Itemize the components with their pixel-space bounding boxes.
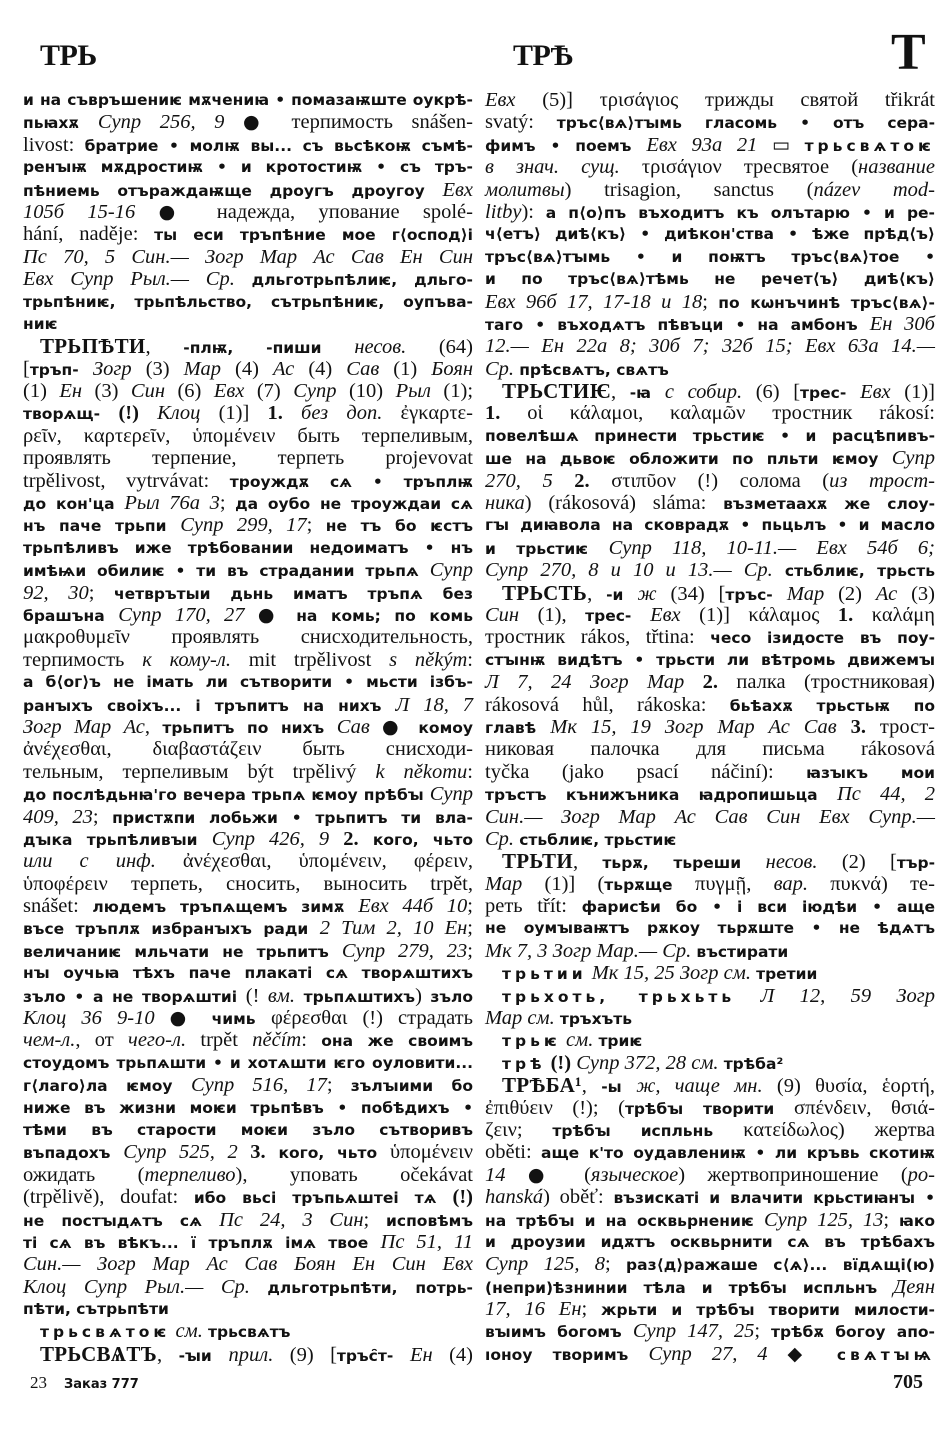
old-church-slavonic-text: исповѣмъ: [386, 1212, 473, 1230]
line-content: litby): а п⟨о⟩пъ въходитъ къ олътарю • и…: [485, 205, 935, 222]
old-church-slavonic-text: -и: [606, 586, 637, 604]
italic-reference: Мк 15, 25 Зогр см.: [587, 962, 757, 984]
italic-reference: Сав: [337, 716, 382, 738]
line-content: (непри)ѣзнинии тѣла и трѣбꙑ испльнъ Деян: [485, 1280, 935, 1297]
gloss-text: (1)] (: [522, 873, 604, 895]
bullet-circle-icon: ●: [528, 1164, 562, 1186]
line-content: главѣ Мк 15, 19 Зогр Мар Ас Сав 3. трост…: [485, 720, 935, 737]
dictionary-line: пѣниемь отъраждаѭще дроугъ дроугоу Евх: [23, 179, 473, 201]
dictionary-line: реть třít: фарисѣи бо • і вси іюдѣи • ащ…: [485, 895, 935, 917]
dictionary-line: ті сѧ въ вѣкъ... ї тръплѫ імѧ твое Пс 51…: [23, 1231, 473, 1253]
old-church-slavonic-text: ренꙑѭ мѫдростиѭ • и кротостиѭ • съ тръ-: [23, 158, 473, 176]
gloss-text: ), уповать očekávat: [236, 1164, 473, 1186]
gloss-text: ;: [467, 895, 473, 917]
dictionary-line: 105б 15-16 ● надежда, упование spolé-: [23, 201, 473, 223]
gloss-text: trpět: [186, 1029, 252, 1051]
line-content: Клоц Супр Рыл.— Ср. дльготрьпѣти, потрь-: [23, 1280, 473, 1297]
line-content: терпимость к кому-л. mit trpělivost s ně…: [23, 653, 473, 670]
italic-reference: hanská: [485, 1186, 543, 1208]
italic-reference: něčím: [252, 1029, 301, 1051]
line-content: ρεῖν, καρτερεῖν, ὑπομένειν быть терпелив…: [23, 429, 473, 446]
dictionary-line: пѣти, сътрьпѣти: [23, 1298, 473, 1320]
sense-number: 1.: [268, 402, 302, 424]
dictionary-line: Мар см. тръхъть: [485, 1007, 935, 1029]
dictionary-line: трьсвѧтоѥ см. трьсвѧтъ: [23, 1320, 473, 1342]
line-content: 1. οἱ κάλαμοι, καλαμῶν тростник rákosí:: [485, 406, 935, 423]
gloss-text: (1)]: [891, 381, 935, 403]
line-content: (trpělivě), doufat: ибо вьсі тръпьѧштеі …: [23, 1190, 473, 1207]
gloss-text: κατείδωλος) жертва: [743, 1119, 935, 1141]
spaced-variant-form: трьтии: [502, 965, 587, 983]
line-content: нꙑ оучьꙗ тѣхъ паче плакаті сѧ творѧштихъ: [23, 965, 473, 982]
dictionary-line: ТРЬСТИѤ, -ꙗ с собир. (6) [трес- Евх (1)]: [485, 380, 935, 402]
line-content: Л 7, 24 Зогр Мар 2. палка (тростниковая): [485, 675, 935, 692]
italic-reference: Супр: [293, 380, 336, 402]
dictionary-line: ТРЬПѢТИ, -плѭ, -пиши несов. (64): [23, 335, 473, 357]
line-content: тръстъ кънижъника ꙗдропишьца Пс 44, 2: [485, 787, 935, 804]
italic-reference: вм.: [268, 985, 295, 1007]
italic-reference: Евх 93а 21: [646, 134, 772, 156]
line-content: ıоноу творимъ Супр 27, 4 ◆ свѧтꙑѩ: [485, 1347, 935, 1364]
gloss-text: snášet:: [23, 895, 92, 917]
line-content: или с инф. ἀνέχεσθαι, ὑπομένειν, φέρειν,: [23, 854, 473, 871]
old-church-slavonic-text: до послѣдьнꙗ'го вечера трьпѧ ѥмоу прѣбꙑ: [23, 786, 430, 804]
gloss-text: терпимость: [23, 649, 142, 671]
dictionary-line: тѣми въ старости моѥи зъло сътворивъ: [23, 1119, 473, 1141]
dictionary-line: стоудомъ трьпѧшти • и хотѧшти ѥго оулови…: [23, 1052, 473, 1074]
gloss-text: μακροθυμεῖν проявлять снисходительность,: [23, 626, 473, 648]
dictionary-line: hanská) oběť: възискаті и влачити крьсти…: [485, 1186, 935, 1208]
gloss-text: (9) [: [273, 1344, 337, 1366]
old-church-slavonic-text: тръс⟨вѧ⟩тꙑмь гласомь • отъ сера-: [557, 114, 935, 132]
old-church-slavonic-text: -ы: [601, 1078, 636, 1096]
line-content: ТРѢБА¹, -ы ж, чаще мн. (9) θυσία, ἑορτή,: [502, 1079, 935, 1096]
italic-reference: молитвы: [485, 179, 565, 201]
line-content: 14 ● (языческое) жертвоприношение (po-: [485, 1168, 935, 1185]
line-content: ТРЬПѢТИ, -плѭ, -пиши несов. (64): [40, 340, 473, 357]
spaced-variant-form: трьхоть, трьхьть: [502, 988, 735, 1006]
italic-reference: Супр 118, 10-11.— Евх 54б 6;: [609, 537, 935, 559]
italic-reference: Супр 426, 9: [212, 828, 343, 850]
italic-reference: языческое: [591, 1164, 678, 1186]
dictionary-line: брашъна Супр 170, 27 ● на комь; по комь: [23, 604, 473, 626]
italic-reference: см.: [561, 1029, 599, 1051]
dictionary-line: тръс⟨вѧ⟩тꙑмь • и поѭтъ тръс⟨вѧ⟩тое •: [485, 246, 935, 268]
gloss-text: [: [23, 358, 30, 380]
old-church-slavonic-text: братрие • молѭ вы... съ вьсѣкоѭ съмѣ-: [85, 137, 473, 155]
italic-reference: Супр 299, 17: [180, 514, 306, 536]
italic-reference: Супр 147, 25: [633, 1320, 755, 1342]
headword: ТРЬТИ: [502, 849, 573, 873]
line-content: 12.— Ен 22а 8; 30б 7; 32б 15; Евх 63а 14…: [485, 339, 935, 356]
old-church-slavonic-text: повелѣшѧ принести трьстиѥ • и расцѣпивъ-: [485, 427, 935, 445]
old-church-slavonic-text: третии: [756, 965, 817, 983]
line-content: 409, 23; пристѫпи лобьжи • трьпитъ ти вл…: [23, 810, 473, 827]
old-church-slavonic-text: фарисѣи бо • і вси іюдѣи • аще: [582, 898, 935, 916]
line-content: трьѥ см. триѥ: [502, 1033, 642, 1050]
gloss-text: никовая палочка для письма rákosová: [485, 738, 935, 760]
line-content: ТРЬСВѦТЪ, -ꙑи прил. (9) [тръс̑т- Ен (4): [40, 1348, 473, 1365]
gloss-text: (9) θυσία, ἑορτή,: [763, 1075, 935, 1097]
italic-reference: Супр 125, 8: [485, 1253, 605, 1275]
dictionary-line: ника) (rákosová) sláma: възметаахѫ же сл…: [485, 492, 935, 514]
old-church-slavonic-text: въсе тръплѫ избранꙑхъ ради: [23, 920, 320, 938]
sense-number: 1.: [838, 604, 853, 626]
italic-reference: litby: [485, 201, 521, 223]
old-church-slavonic-text: ниѥ: [23, 315, 58, 333]
old-church-slavonic-text: а б⟨ог⟩ъ не імать ли сътворити • мьсти і…: [23, 673, 473, 691]
line-content: Евх (5)] τρισάγιος трижды святой třikrát: [485, 93, 935, 110]
gloss-text: οἱ κάλαμοι, καλαμῶν тростник rákosí:: [500, 402, 935, 424]
gloss-text: (1);: [431, 380, 473, 402]
italic-reference: Евх Супр Рыл.— Ср.: [23, 268, 252, 290]
italic-reference: в знач. сущ.: [485, 156, 642, 178]
old-church-slavonic-text: ниже въ жизни моѥи трьпѣвъ • побѣдихъ •: [23, 1099, 473, 1117]
running-head-left: ТРЬ: [40, 41, 97, 71]
gloss-text: проявлять терпение, терпеть projevovat: [23, 447, 473, 469]
gloss-text: :: [301, 1029, 321, 1051]
line-content: до послѣдьнꙗ'го вечера трьпѧ ѥмоу прѣбꙑ …: [23, 787, 473, 804]
line-content: 92, 30; четврътыи дьнь иматъ тръпѧ без: [23, 586, 473, 603]
gloss-text: (64): [406, 336, 473, 358]
italic-reference: Син.— Зогр Мар Ас Сав Боян Ен Син Евх: [23, 1253, 473, 1275]
dictionary-line: зъло • а не творѧштиі (! вм. трьпѧштихъ)…: [23, 985, 473, 1007]
italic-reference: Евх 96б 17, 17-18 и 18: [485, 291, 702, 313]
headword: ТРЬСТИѤ: [502, 379, 611, 403]
old-church-slavonic-text: въстирати: [696, 943, 788, 961]
italic-reference: 409, 23: [23, 806, 93, 828]
italic-reference: Супр 372, 28 см.: [571, 1052, 724, 1074]
italic-reference: Мк 7, 3 Зогр Мар.— Ср.: [485, 940, 696, 962]
line-content: гꙑ диꙗвола на сковрадѫ • пьцьлъ • и масл…: [485, 517, 935, 534]
line-content: молитвы) trisagion, sanctus (název mod-: [485, 183, 935, 200]
gloss-text: ἀνέχεσθαι, ὑπομένειν, φέρειν,: [183, 850, 473, 872]
dictionary-line: ч⟨етъ⟩ диѣ⟨къ⟩ • диѣкон'ства • ѣже прѣд⟨…: [485, 223, 935, 245]
gloss-text: hání, naděje:: [23, 223, 154, 245]
dictionary-line: никовая палочка для письма rákosová: [485, 738, 935, 760]
line-content: ранꙑхъ своіхъ... і тръпитъ на нихъ Л 18,…: [23, 698, 473, 715]
italic-reference: Ас: [273, 358, 294, 380]
dictionary-line: Син (1), трес- Евх (1)] κάλαμος 1. καλάμ…: [485, 604, 935, 626]
line-content: Мар (1)] (тьрѫще πυγμῇ, вар. πυκνά) те-: [485, 877, 935, 894]
line-content: ниже въ жизни моѥи трьпѣвъ • побѣдихъ •: [23, 1100, 473, 1117]
italic-reference: к кому-л.: [142, 649, 231, 671]
line-content: трьхоть, трьхьть Л 12, 59 Зогр: [502, 989, 935, 1006]
line-content: пѣти, сътрьпѣти: [23, 1301, 169, 1318]
line-content: Ср. прѣсвѧтъ, свѧтъ: [485, 362, 669, 379]
dictionary-line: до послѣдьнꙗ'го вечера трьпѧ ѥмоу прѣбꙑ …: [23, 783, 473, 805]
dictionary-line: ше на дьвоѥ обложити по пльти ѥмоу Супр: [485, 447, 935, 469]
dictionary-line: ıоноу творимъ Супр 27, 4 ◆ свѧтꙑѩ: [485, 1343, 935, 1365]
gloss-text: ,: [146, 336, 184, 358]
line-content: величаниѥ мльчати не трьпитъ Супр 279, 2…: [23, 944, 473, 961]
old-church-slavonic-text: на трѣбꙑ и на осквьрнениѥ: [485, 1212, 764, 1230]
old-church-slavonic-text: главѣ: [485, 719, 550, 737]
line-content: и трьстиѥ Супр 118, 10-11.— Евх 54б 6;: [485, 541, 935, 558]
gloss-text: καλάμη: [853, 604, 935, 626]
gloss-text: (2) [: [818, 851, 897, 873]
line-content: фимъ • поемъ Евх 93а 21 ▭ трьсвѧтоѥ: [485, 138, 935, 155]
dictionary-line: или с инф. ἀνέχεσθαι, ὑπομένειν, φέρειν,: [23, 850, 473, 872]
italic-reference: Мар: [184, 358, 221, 380]
gloss-text: mit trpělivost: [231, 649, 389, 671]
open-rectangle-icon: ▭: [772, 134, 790, 156]
gloss-text: ) trisagion, sanctus (: [565, 179, 814, 201]
gloss-text: ;: [327, 1074, 351, 1096]
italic-reference: без доп.: [301, 402, 400, 424]
dictionary-line: ρεῖν, καρτερεῖν, ὑπομένειν быть терпелив…: [23, 425, 473, 447]
column-right: Евх (5)] τρισάγιος трижды святой třikrát…: [485, 89, 935, 1365]
gloss-text: ζειν;: [485, 1119, 552, 1141]
italic-reference: Боян: [431, 358, 473, 380]
italic-reference: 17, 16 Ен: [485, 1298, 582, 1320]
italic-reference: Супр 516, 17: [191, 1074, 327, 1096]
old-church-slavonic-text: стьблиѥ, трьстиѥ: [519, 831, 676, 849]
line-content: тростник rákos, třtina: чесо ізидосте въ…: [485, 630, 935, 647]
gloss-text: ) (rákosová) sláma:: [525, 492, 723, 514]
old-church-slavonic-text: трес-: [585, 607, 650, 625]
italic-reference: Сав: [346, 358, 379, 380]
gloss-text: ,: [582, 1075, 601, 1097]
sense-number: (!): [545, 1052, 571, 1074]
old-church-slavonic-text: зъло: [430, 988, 473, 1006]
italic-reference: Ср.: [485, 358, 519, 380]
old-church-slavonic-text: и трьстиѥ: [485, 540, 609, 558]
dictionary-line: на трѣбꙑ и на осквьрнениѥ Супр 125, 13; …: [485, 1209, 935, 1231]
old-church-slavonic-text: раз⟨д⟩ражаше с⟨ѧ⟩... вїдѧщі(ю): [626, 1256, 935, 1274]
old-church-slavonic-text: -ꙑи: [179, 1347, 229, 1365]
dictionary-line: и дроузии идѫтъ осквьрнити сѧ въ трѣбахъ: [485, 1231, 935, 1253]
line-content: Супр 125, 8; раз⟨д⟩ражаше с⟨ѧ⟩... вїдѧщі…: [485, 1257, 935, 1274]
line-content: до кон'ца Рыл 76а 3; да оубо не троуждаи…: [23, 496, 473, 513]
dictionary-line: livost: братрие • молѭ вы... съ вьсѣкоѭ …: [23, 134, 473, 156]
old-church-slavonic-text: кого, чьто: [266, 1144, 390, 1162]
gloss-text: (1)] κάλαμος: [681, 604, 838, 626]
line-content: ренꙑѭ мѫдростиѭ • и кротостиѭ • съ тръ-: [23, 159, 473, 176]
headword: ТРЬПѢТИ: [40, 334, 146, 358]
old-church-slavonic-text: людемъ тръпѧщемъ зимѫ: [92, 898, 358, 916]
dictionary-line: не оумꙑваѭтъ рѫкоу тьрѫште • не ѣдѧтъ: [485, 917, 935, 939]
gloss-text: :: [467, 649, 473, 671]
gloss-text: надежда, упование spolé-: [193, 201, 473, 223]
gloss-text: στιπῦον (!) солома (: [590, 470, 830, 492]
line-content: а б⟨ог⟩ъ не імать ли сътворити • мьсти і…: [23, 674, 473, 691]
signature-mark: 23: [30, 1374, 47, 1391]
headword: ТРЬСВѦТЪ: [40, 1342, 157, 1366]
old-church-slavonic-text: не тъ бо ѥстъ: [326, 517, 473, 535]
spaced-variant-form: трьѥ: [502, 1032, 561, 1050]
dictionary-line: главѣ Мк 15, 19 Зогр Мар Ас Сав 3. трост…: [485, 716, 935, 738]
italic-reference: Евх 44б 10: [358, 895, 467, 917]
italic-reference: Евх: [650, 604, 681, 626]
dictionary-line: litby): а п⟨о⟩пъ въходитъ къ олътарю • и…: [485, 201, 935, 223]
gloss-text: rákosová hůl, rákoska:: [485, 694, 730, 716]
gloss-text: ) жертвоприношение (: [678, 1164, 907, 1186]
bullet-circle-icon: ●: [258, 604, 283, 626]
gloss-text: oběti:: [485, 1141, 541, 1163]
old-church-slavonic-text: вꙑимъ богомъ: [485, 1323, 633, 1341]
dictionary-line: чем-л., от чего-л. trpět něčím: она же с…: [23, 1029, 473, 1051]
italic-reference: Евх: [485, 89, 516, 111]
gloss-text: ;: [467, 917, 473, 939]
old-church-slavonic-text: четврътыи дьнь иматъ тръпѧ без: [114, 585, 473, 603]
italic-reference: s někým: [389, 649, 467, 671]
old-church-slavonic-text: таго • въходѧтъ пѣвъци • на амбонъ: [485, 316, 870, 334]
gloss-text: ;: [307, 514, 326, 536]
line-content: livost: братрие • молѭ вы... съ вьсѣкоѭ …: [23, 138, 473, 155]
gloss-text: tyčka (jako psací náčiní):: [485, 761, 806, 783]
gloss-text: (4): [221, 358, 273, 380]
dictionary-line: (trpělivě), doufat: ибо вьсі тръпьѧштеі …: [23, 1186, 473, 1208]
old-church-slavonic-text: трьпѣниѥ, трьпѣльство, сътрьпѣниѥ, оупъв…: [23, 293, 473, 311]
italic-reference: Клоц Супр Рыл.— Ср.: [23, 1276, 267, 1298]
dictionary-line: таго • въходѧтъ пѣвъци • на амбонъ Ен 30…: [485, 313, 935, 335]
old-church-slavonic-text: дльготрьпѣти, потрь-: [267, 1279, 473, 1297]
column-left: и на съвръшениѥ мѫчениꙗ • помазаѭште оук…: [23, 89, 473, 1365]
line-content: имѣѩи обилиѥ • ти въ страдании трьпѧ Суп…: [23, 563, 473, 580]
dictionary-line: а б⟨ог⟩ъ не імать ли сътворити • мьсти і…: [23, 671, 473, 693]
bullet-circle-icon: ●: [382, 716, 406, 738]
line-content: г⟨лаго⟩ла ѥмоу Супр 516, 17; зълꙑими бо: [23, 1078, 473, 1095]
italic-reference: Мар: [485, 873, 522, 895]
gloss-text: (7): [244, 380, 293, 402]
gloss-text: ἀνέχεσθαι, διαβαστάζειν быть снисходи-: [23, 738, 473, 760]
old-church-slavonic-text: трес-: [800, 384, 860, 402]
italic-reference: Мк 15, 19 Зогр Мар Ас Сав: [550, 716, 850, 738]
dictionary-line: тростник rákos, třtina: чесо ізидосте въ…: [485, 626, 935, 648]
gloss-text: πυκνά) те-: [808, 873, 935, 895]
italic-reference: k někomu: [375, 761, 467, 783]
dictionary-line: трьпѣливъ иже трѣбовании недоиматъ • нъ: [23, 537, 473, 559]
line-content: ниѥ: [23, 316, 58, 333]
gloss-text: ὑπομένειν: [390, 1141, 473, 1163]
gloss-text: ,: [157, 1344, 179, 1366]
italic-reference: Ен: [59, 380, 82, 402]
dictionary-line: и по тръс⟨вѧ⟩тѣмь не речет⟨ъ⟩ диѣ⟨къ⟩: [485, 268, 935, 290]
italic-reference: Син.— Зогр Мар Ас Сав Син Евх Супр.—: [485, 806, 935, 828]
old-church-slavonic-text: въпадохъ: [23, 1144, 123, 1162]
italic-reference: Л 18, 7: [396, 694, 473, 716]
dictionary-page: ТРЬ ТРѢ Т и на съвръшениѥ мѫчениꙗ • пома…: [0, 0, 950, 1435]
old-church-slavonic-text: она же своимъ: [321, 1032, 473, 1050]
gloss-text: ἐπιθύειν (!); (: [485, 1097, 625, 1119]
dictionary-line: ниже въ жизни моѥи трьпѣвъ • побѣдихъ •: [23, 1097, 473, 1119]
line-content: ἀνέχεσθαι, διαβαστάζειν быть снисходи-: [23, 742, 473, 759]
old-church-slavonic-text: трѣбꙑ испльнь: [552, 1122, 743, 1140]
dictionary-line: (непри)ѣзнинии тѣла и трѣбꙑ испльнъ Деян: [485, 1276, 935, 1298]
old-church-slavonic-text: ꙗзꙑкъ мои: [806, 764, 935, 782]
dictionary-line: Син.— Зогр Мар Ас Сав Боян Ен Син Евх: [23, 1253, 473, 1275]
dictionary-line: вꙑимъ богомъ Супр 147, 25; трѣбѫ богоу а…: [485, 1320, 935, 1342]
line-content: и по тръс⟨вѧ⟩тѣмь не речет⟨ъ⟩ диѣ⟨къ⟩: [485, 271, 935, 288]
running-head-right: ТРѢ: [513, 41, 573, 71]
italic-reference: Рыл 76а 3: [124, 492, 219, 514]
headword: ТРЬСТЬ: [502, 581, 587, 605]
line-content: rákosová hůl, rákoska: бьѣахѫ трьстьѭ по: [485, 698, 935, 715]
old-church-slavonic-text: жрьти и трѣбꙑ творити милости-: [601, 1301, 935, 1319]
dictionary-line: тръстъ кънижъника ꙗдропишьца Пс 44, 2: [485, 783, 935, 805]
line-content: ТРЬСТИѤ, -ꙗ с собир. (6) [трес- Евх (1)]: [502, 385, 935, 402]
dictionary-line: Клоц Супр Рыл.— Ср. дльготрьпѣти, потрь-: [23, 1276, 473, 1298]
dictionary-line: и на съвръшениѥ мѫчениꙗ • помазаѭште оук…: [23, 89, 473, 111]
old-church-slavonic-text: и на съвръшениѥ мѫчениꙗ • помазаѭште оук…: [23, 91, 473, 109]
italic-reference: вар.: [774, 873, 808, 895]
old-church-slavonic-text: трѣбѫ богоу апо-: [771, 1323, 935, 1341]
italic-reference: Пс 51, 11: [381, 1231, 473, 1253]
dictionary-line: ниѥ: [23, 313, 473, 335]
italic-reference: Рыл: [396, 380, 431, 402]
gloss-text: ;: [582, 1298, 602, 1320]
line-content: ті сѧ въ вѣкъ... ї тръплѫ імѧ твое Пс 51…: [23, 1235, 473, 1252]
old-church-slavonic-text: дꙑка трьпѣливꙑи: [23, 831, 212, 849]
dictionary-line: 409, 23; пристѫпи лобьжи • трьпитъ ти вл…: [23, 806, 473, 828]
dictionary-line: ожидать (терпеливо), уповать očekávat: [23, 1164, 473, 1186]
old-church-slavonic-text: до кон'ца: [23, 495, 124, 513]
old-church-slavonic-text: ꙗко: [899, 1212, 935, 1230]
line-content: snášet: людемъ тръпѧщемъ зимѫ Евх 44б 10…: [23, 899, 473, 916]
dictionary-line: ὑποφέρειν терпеть, сносить, выносить trp…: [23, 873, 473, 895]
old-church-slavonic-text: ибо вьсі тръпьѧштеі тѧ: [194, 1189, 453, 1207]
gloss-text: τρισάγιον тресвятое (: [642, 156, 858, 178]
dictionary-line: oběti: аще к'то оудавлениѭ • ли кръвь ск…: [485, 1141, 935, 1163]
line-content: μακροθυμεῖν проявлять снисходительность,: [23, 630, 473, 647]
italic-reference: терпеливо: [144, 1164, 235, 1186]
line-content: трѣ (!) Супр 372, 28 см. трѣба²: [502, 1056, 783, 1073]
dictionary-line: ТРЬТИ, тьрѫ, тьреши несов. (2) [тър-: [485, 850, 935, 872]
gloss-text: livost:: [23, 134, 85, 156]
italic-reference: Клоц 36 9-10: [23, 1007, 170, 1029]
gloss-text: ;: [89, 582, 114, 604]
line-content: hání, naděje: ты еси тръпѣние мое г⟨оспо…: [23, 227, 473, 244]
line-content: ше на дьвоѥ обложити по пльти ѥмоу Супр: [485, 451, 935, 468]
line-content: ника) (rákosová) sláma: възметаахѫ же сл…: [485, 496, 935, 513]
section-letter: Т: [891, 27, 926, 79]
line-content: стꙑнѭ видѣтъ • трьсти ли вѣтромь движемꙑ: [485, 652, 935, 669]
dictionary-line: ТРѢБА¹, -ы ж, чаще мн. (9) θυσία, ἑορτή,: [485, 1074, 935, 1096]
line-content: Мар см. тръхъть: [485, 1011, 632, 1028]
gloss-text: ;: [220, 492, 235, 514]
old-church-slavonic-text: по кѡнъчинѣ тръс⟨вѧ⟩-: [718, 294, 935, 312]
old-church-slavonic-text: комоу: [406, 719, 473, 737]
spaced-variant-form: трѣ: [502, 1055, 545, 1073]
gloss-text: ;: [605, 1253, 626, 1275]
line-content: пьꙗхѫ Супр 256, 9 ● терпимость snášen-: [23, 115, 473, 132]
gloss-text: (trpělivě), doufat:: [23, 1186, 194, 1208]
line-content: Евх 96б 17, 17-18 и 18; по кѡнъчинѣ тръс…: [485, 295, 935, 312]
dictionary-line: ἐπιθύειν (!); (трѣбꙑ творити σπένδειν, θ…: [485, 1097, 935, 1119]
old-church-slavonic-text: трьсвѧтъ: [208, 1323, 290, 1341]
old-church-slavonic-text: величаниѥ мльчати не трьпитъ: [23, 943, 342, 961]
dictionary-line: (1) Ен (3) Син (6) Евх (7) Супр (10) Рыл…: [23, 380, 473, 402]
old-church-slavonic-text: пѣти, сътрьпѣти: [23, 1300, 169, 1318]
old-church-slavonic-text: кого, чьто: [359, 831, 473, 849]
italic-reference: Супр 125, 13: [764, 1209, 883, 1231]
old-church-slavonic-text: трьпитъ по нихъ: [162, 719, 336, 737]
gloss-text: ἐγκαρτε-: [401, 402, 473, 424]
old-church-slavonic-text: чесо ізидосте въ поу-: [710, 629, 935, 647]
dictionary-line: 1. οἱ κάλαμοι, καλαμῶν тростник rákosí:: [485, 402, 935, 424]
bullet-circle-icon: ●: [159, 201, 194, 223]
italic-reference: Пс 70, 5 Син.— Зогр Мар Ас Сав Ен Син: [23, 246, 473, 268]
old-church-slavonic-text: триѥ: [598, 1032, 642, 1050]
old-church-slavonic-text: трьпѣливъ иже трѣбовании недоиматъ • нъ: [23, 539, 473, 557]
old-church-slavonic-text: пьꙗхѫ: [23, 114, 98, 132]
sense-number: 1.: [485, 402, 500, 424]
old-church-slavonic-text: -плѭ, -пиши: [183, 339, 354, 357]
sense-number: 3.: [250, 1141, 265, 1163]
gloss-text: (2): [824, 583, 876, 605]
old-church-slavonic-text: стоудомъ трьпѧшти • и хотѧшти ѥго оулови…: [23, 1054, 473, 1072]
